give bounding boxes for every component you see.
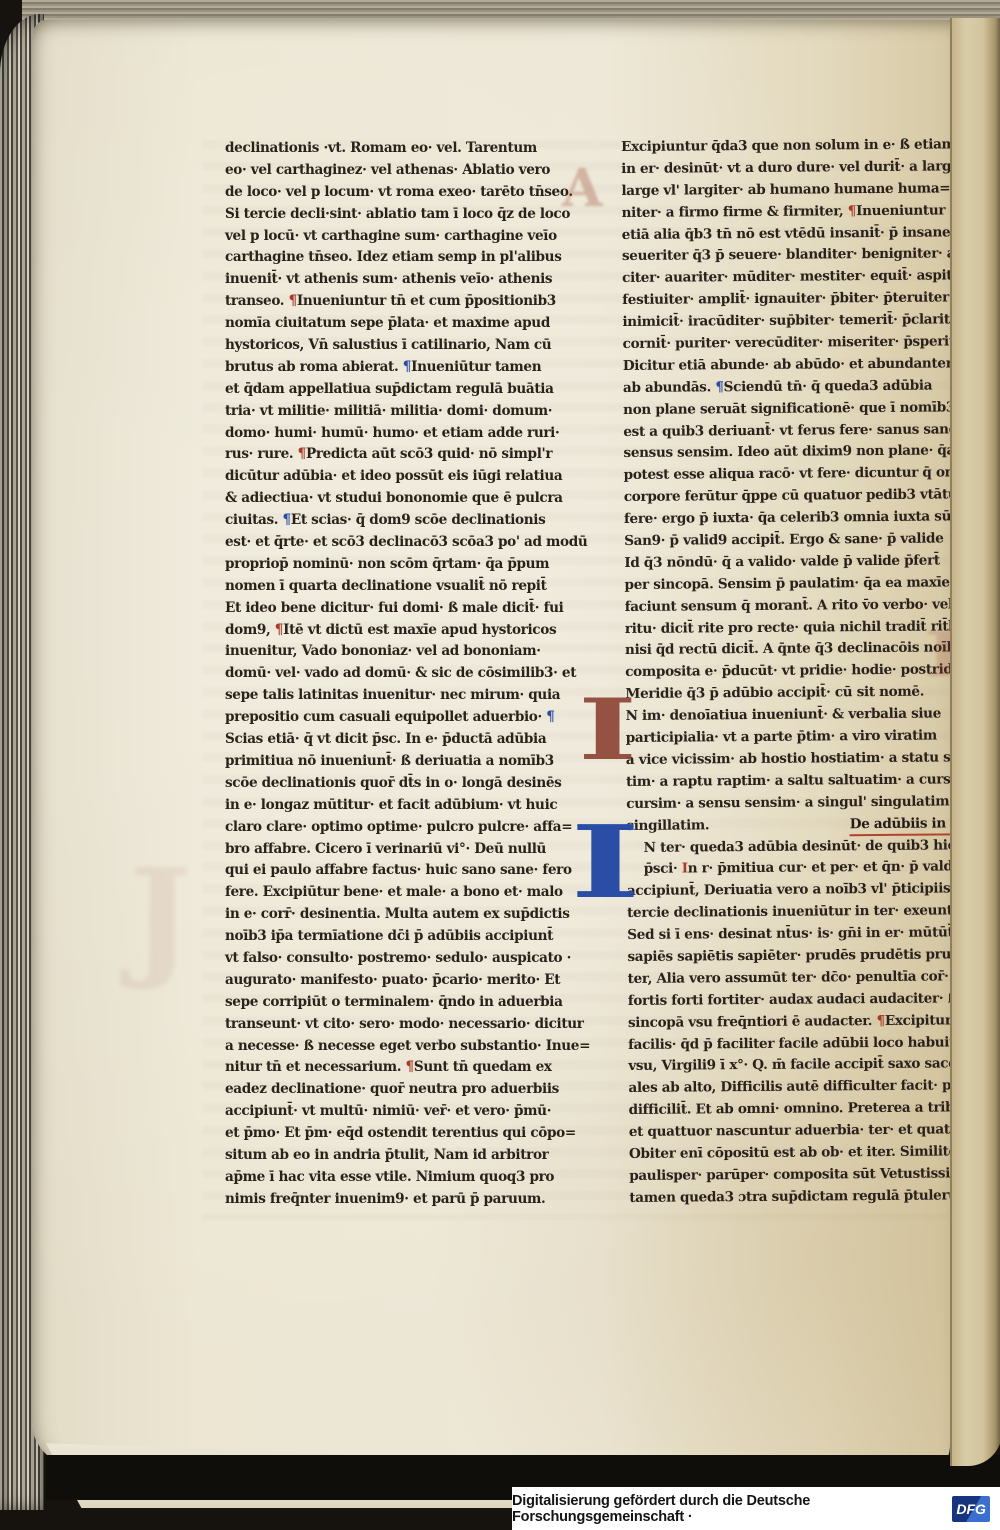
- text-line: ciuitas. ¶Et scias· q̄ dom9 scōe declina…: [225, 510, 573, 532]
- text-line: a vice vicissim· ab hostio hostiatim· a …: [626, 747, 974, 772]
- text-line: vel p locū· vt carthagine sum· carthagin…: [225, 226, 573, 248]
- text-line: tria· vt militie· militiā· militia· domi…: [225, 401, 573, 423]
- text-line: Excipiuntur q̄da3 que non solum in e· ß …: [621, 134, 969, 159]
- text-line: large vl' largiter· ab humano humane hum…: [621, 178, 969, 203]
- text-line: ales ab alto, Difficilis autē difficulte…: [628, 1076, 976, 1101]
- text-line: de loco· vel p locum· vt roma exeo· tarē…: [225, 182, 573, 204]
- manuscript-page: declinationis ·vt. Romam eo· vel. Tarent…: [32, 20, 950, 1475]
- text-line: et p̄mo· Et p̄m· eq̄d ostendit terentius…: [225, 1123, 573, 1145]
- text-line: singillatim.De adūbiis in ter.: [626, 813, 974, 838]
- text-line: fere. Excipiūtur bene· et male· a bono e…: [225, 882, 573, 904]
- text-line: qui ei paulo affabre factus· huic sano s…: [225, 860, 573, 882]
- text-line: in e· corr̄· desinentia. Multa autem ex …: [225, 904, 573, 926]
- text-line: festiuiter· amplit̄· ignauiter· p̄biter·…: [622, 287, 970, 312]
- text-line: nisi q̄d rectū dicit̄. A q̄nte q̄3 decli…: [625, 638, 973, 663]
- text-line: paulisper· parūper· composita sūt Vetust…: [629, 1163, 977, 1188]
- text-line: tercie declinationis inueniūtur in ter· …: [627, 900, 975, 925]
- text-line: fortis forti fortiter· audax audaci auda…: [628, 988, 976, 1013]
- next-page-edge: [950, 18, 1000, 1466]
- text-line: Id q̄3 nōndū· q̄ a valido· valde p̄ vali…: [624, 550, 972, 575]
- text-line: Sed si ī ens· desinat nt̄us· is· gn̄i in…: [627, 922, 975, 947]
- text-line: & adiectiua· vt studui bononomie que ē p…: [225, 488, 573, 510]
- text-line: niter· a firmo firme & firmiter, ¶Inueni…: [622, 200, 970, 225]
- text-line: et q̄dam appellatiua sup̄dictam regulā b…: [225, 379, 573, 401]
- text-line: augurato· manifesto· puato· p̄cario· mer…: [225, 970, 573, 992]
- text-line: dom9, ¶Itē vt dictū est maxīe apud hysto…: [225, 620, 573, 642]
- text-line: carthagine tn̄seo. Idez etiam semp in pl…: [225, 247, 573, 269]
- text-line: cursim· a sensu sensim· a singul' singul…: [626, 791, 974, 816]
- marginal-ghost-letter-left: J: [130, 840, 192, 993]
- text-line: etiā alia q̄b3 tn̄ nō est vtēdū insanit̄…: [622, 222, 970, 247]
- text-line: N ter· queda3 adūbia desinūt· de quib3 h…: [627, 835, 975, 860]
- initial-letter-blue: I: [570, 812, 640, 912]
- text-line: rus· rure. ¶Predicta aūt scō3 quid· nō s…: [225, 444, 573, 466]
- text-line: facilis· q̄d p̄ faciliter facile adūbii …: [628, 1032, 976, 1057]
- text-line: cornit̄· puriter· verecūditer· miseriter…: [623, 331, 971, 356]
- text-line: vt falso· consulto· postremo· sedulo· au…: [225, 948, 573, 970]
- manuscript-column-left: declinationis ·vt. Romam eo· vel. Tarent…: [225, 138, 573, 1211]
- text-line: potest esse aliqua racō· vt fere· dicunt…: [624, 463, 972, 488]
- text-line: Obiter enī cōpositū est ab ob· et iter. …: [629, 1141, 977, 1166]
- text-line: bro affabre. Cicero ī verinariū vi°· Deū…: [225, 839, 573, 861]
- text-line: N im· denoīatiua inueniunt̄· & verbalia …: [625, 703, 973, 728]
- text-line: p̄sci· In r· p̄mitiua cur· et per· et q̄…: [627, 857, 975, 882]
- text-line: in e· longaz mūtitur· et facit adūbium· …: [225, 795, 573, 817]
- text-line: vsu, Virgili9 ī x°· Q. m̄ facile accipit…: [628, 1054, 976, 1079]
- text-line: noīb3 ip̄a termīatione dc̄i p̄ adūbiis a…: [225, 926, 573, 948]
- banner-text: Digitalisierung gefördert durch die Deut…: [512, 1493, 944, 1525]
- text-line: scōe declinationis quor̄ dt̄s in o· long…: [225, 773, 573, 795]
- text-line: sepe corripiūt o terminalem· q̄ndo in ad…: [225, 992, 573, 1014]
- text-line: accipiunt̄· vt multū· nimiū· ver̄· et ve…: [225, 1101, 573, 1123]
- text-line: sepe talis latinitas inuenitur· nec miru…: [225, 685, 573, 707]
- text-line: in er· desinūt· vt a duro dure· vel duri…: [621, 156, 969, 181]
- text-line: transeunt· vt cito· sero· modo· necessar…: [225, 1014, 573, 1036]
- text-line: participialia· vt a parte p̄tim· a viro …: [626, 725, 974, 750]
- text-line: San9· p̄ valid9 accipit̄. Ergo & sane· p…: [624, 528, 972, 553]
- text-line: eo· vel carthaginez· vel athenas· Ablati…: [225, 160, 573, 182]
- text-line: corpore ferūtur q̄ppe cū quatuor pedib3 …: [624, 485, 972, 510]
- dfg-banner: Digitalisierung gefördert durch die Deut…: [512, 1487, 1000, 1530]
- manuscript-column-right: Excipiuntur q̄da3 que non solum in e· ß …: [621, 134, 977, 1209]
- text-line: fere· ergo p̄ iuxta· q̄a celerib3 omnia …: [624, 506, 972, 531]
- text-line: Si tercie decli·sint· ablatio tam ī loco…: [225, 204, 573, 226]
- text-line: claro clare· optimo optime· pulcro pulcr…: [225, 817, 573, 839]
- text-line: ap̄me ī hac vita esse vtile. Nimium quoq…: [225, 1167, 573, 1189]
- text-line: inuenit̄· vt athenis sum· athenis veīo· …: [225, 269, 573, 291]
- text-line: inimicit̄· iracūditer· sup̄biter· temeri…: [622, 309, 970, 334]
- text-line: tim· a raptu raptim· a saltu saltuatim· …: [626, 769, 974, 794]
- text-line: Et ideo bene dicitur· fui domi· ß male d…: [225, 598, 573, 620]
- text-line: nomen ī quarta declinatione vsualit̄ nō …: [225, 576, 573, 598]
- text-line: sincopā vsu freq̄ntiori ē audacter. ¶Exc…: [628, 1010, 976, 1035]
- text-line: brutus ab roma abierat. ¶Inueniūtur tame…: [225, 357, 573, 379]
- text-line: composita e· p̄ducūt· vt pridie· hodie· …: [625, 660, 973, 685]
- text-line: nomīa ciuitatum sepe p̄lata· et maxime a…: [225, 313, 573, 335]
- initial-letter-maroon: I: [578, 688, 637, 772]
- text-line: prepositio cum casuali equipollet aduerb…: [225, 707, 573, 729]
- photo-background: declinationis ·vt. Romam eo· vel. Tarent…: [0, 0, 1000, 1530]
- dfg-logo: DFG: [952, 1496, 990, 1522]
- text-line: Meridie q̄3 p̄ adūbio accipit̄· cū sit n…: [625, 682, 973, 707]
- text-line: ritu· dicit̄ rite pro recte· quia nichil…: [625, 616, 973, 641]
- text-line: est· et q̄rte· et scō3 declinacō3 scōa3 …: [225, 532, 573, 554]
- text-line: sensus sensim. Ideo aūt dixim9 non plane…: [623, 441, 971, 466]
- text-line: domū· vel· vado ad domū· & sic de cōsimi…: [225, 663, 573, 685]
- text-line: ter, Alia vero assumūt ter· dc̄o· penult…: [628, 966, 976, 991]
- text-line: transeo. ¶Inueniuntur tn̄ et cum p̄posit…: [225, 291, 573, 313]
- text-line: faciunt sensum q̄ morant̄. A rito v̄o ve…: [625, 594, 973, 619]
- text-line: primitiua nō inueniunt̄· ß deriuatia a n…: [225, 751, 573, 773]
- text-line: dicūtur adūbia· et ideo possūt eis iūgi …: [225, 466, 573, 488]
- text-line: Dicitur etiā abunde· ab abūdo· et abunda…: [623, 353, 971, 378]
- text-line: nitur tn̄ et necessarium. ¶Sunt tn̄ qued…: [225, 1057, 573, 1079]
- text-line: est a quib3 deriuant̄· vt ferus fere· sa…: [623, 419, 971, 444]
- text-line: difficilit̄. Et ab omni· omnino. Pretere…: [629, 1097, 977, 1122]
- text-line: propriop̄ nominū· non scōm q̄rtam· q̄a p…: [225, 554, 573, 576]
- text-line: ab abundās. ¶Sciendū tn̄· q̄ queda3 adūb…: [623, 375, 971, 400]
- text-line: per sincopā. Sensim p̄ paulatim· q̄a ea …: [624, 572, 972, 597]
- text-line: seueriter q̄3 p̄ seuere· blanditer· beni…: [622, 244, 970, 269]
- text-line: nimis freq̄nter inuenim9· et parū p̄ par…: [225, 1189, 573, 1211]
- text-line: declinationis ·vt. Romam eo· vel. Tarent…: [225, 138, 573, 160]
- text-line: a necesse· ß necesse eget verbo substant…: [225, 1036, 573, 1058]
- text-line: inuenitur, Vado bononiaz· vel ad bononia…: [225, 641, 573, 663]
- text-line: hystoricos, Vn̄ salustius ī catilinario,…: [225, 335, 573, 357]
- text-line: sapiēs sapiētis sapiēter· prudēs prudēti…: [627, 944, 975, 969]
- text-line: et quattuor nascuntur aduerbia· ter· et …: [629, 1119, 977, 1144]
- text-line: tamen queda3 ɔtra sup̄dictam regulā p̄tu…: [629, 1185, 977, 1210]
- text-line: Scias etiā· q̄ vt dicit p̄sc. In e· p̄du…: [225, 729, 573, 751]
- text-line: eadez declinatione· quor̄ neutra pro adu…: [225, 1079, 573, 1101]
- text-line: domo· humi· humū· humo· et etiam adde ru…: [225, 423, 573, 445]
- text-line: citer· auariter· mūditer· mestiter· equi…: [622, 266, 970, 291]
- text-line: non plane seruāt significationē· que ī n…: [623, 397, 971, 422]
- text-line: accipiunt̄, Deriuatia vero a noīb3 vl' p…: [627, 879, 975, 904]
- text-line: situm ab eo in andria p̄tulit, Nam id ar…: [225, 1145, 573, 1167]
